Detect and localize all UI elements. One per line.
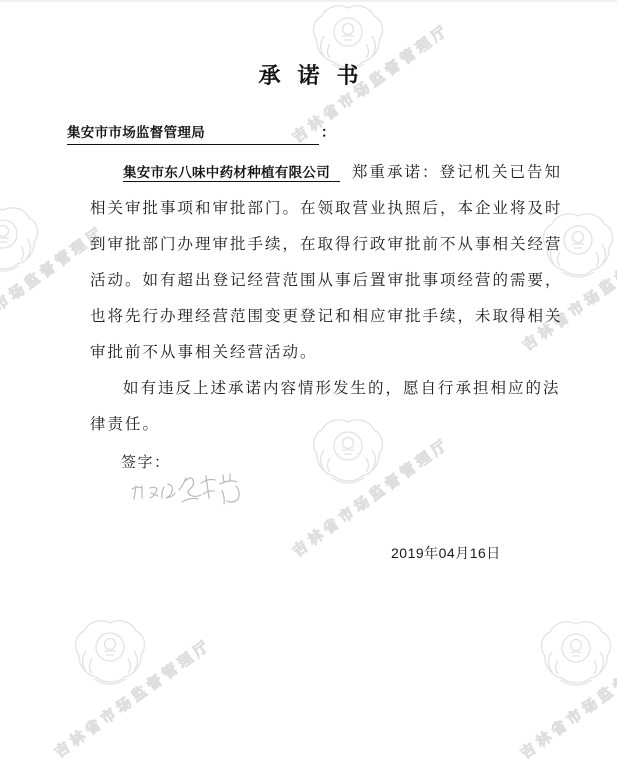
paragraph-commitment: 集安市东八味中药材种植有限公司郑重承诺：登记机关已告知 相关审批事项和审批部门。…: [90, 155, 563, 371]
addressee-line: 集安市市场监督管理局：: [67, 121, 335, 145]
body-line-text: 郑重承诺：登记机关已告知: [352, 164, 562, 181]
signature-label: 签字：: [121, 451, 171, 472]
document-page: 吉林省市场监督管理厅 吉林省市场监督管理厅 吉林省市场监督管理厅 吉林: [0, 0, 617, 776]
body-line: 相关审批事项和审批部门。在领取营业执照后，本企业将及时: [90, 191, 563, 227]
body-line: 如有违反上述承诺内容情形发生的，愿自行承担相应的法: [90, 371, 561, 407]
company-name: 集安市东八味中药材种植有限公司: [123, 165, 340, 182]
body-line: 集安市东八味中药材种植有限公司郑重承诺：登记机关已告知: [90, 155, 563, 191]
paragraph-liability: 如有违反上述承诺内容情形发生的，愿自行承担相应的法 律责任。: [90, 371, 561, 443]
body-line: 也将先行办理经营范围变更登记和相应审批手续，未取得相关: [90, 299, 563, 335]
body-line: 审批前不从事相关经营活动。: [90, 335, 563, 371]
body-line: 活动。如有超出登记经营范围从事后置审批事项经营的需要，: [90, 263, 563, 299]
document-content: 承诺书 集安市市场监督管理局： 集安市东八味中药材种植有限公司郑重承诺：登记机关…: [0, 2, 617, 776]
body-line: 到审批部门办理审批手续，在取得行政审批前不从事相关经营: [90, 227, 563, 263]
body-line: 律责任。: [90, 407, 561, 443]
addressee-name: 集安市市场监督管理局: [67, 121, 319, 145]
date-text: 2019年04月16日: [391, 543, 501, 563]
handwritten-signature: [128, 470, 253, 514]
addressee-colon: ：: [321, 124, 335, 140]
page-title: 承诺书: [0, 59, 617, 90]
